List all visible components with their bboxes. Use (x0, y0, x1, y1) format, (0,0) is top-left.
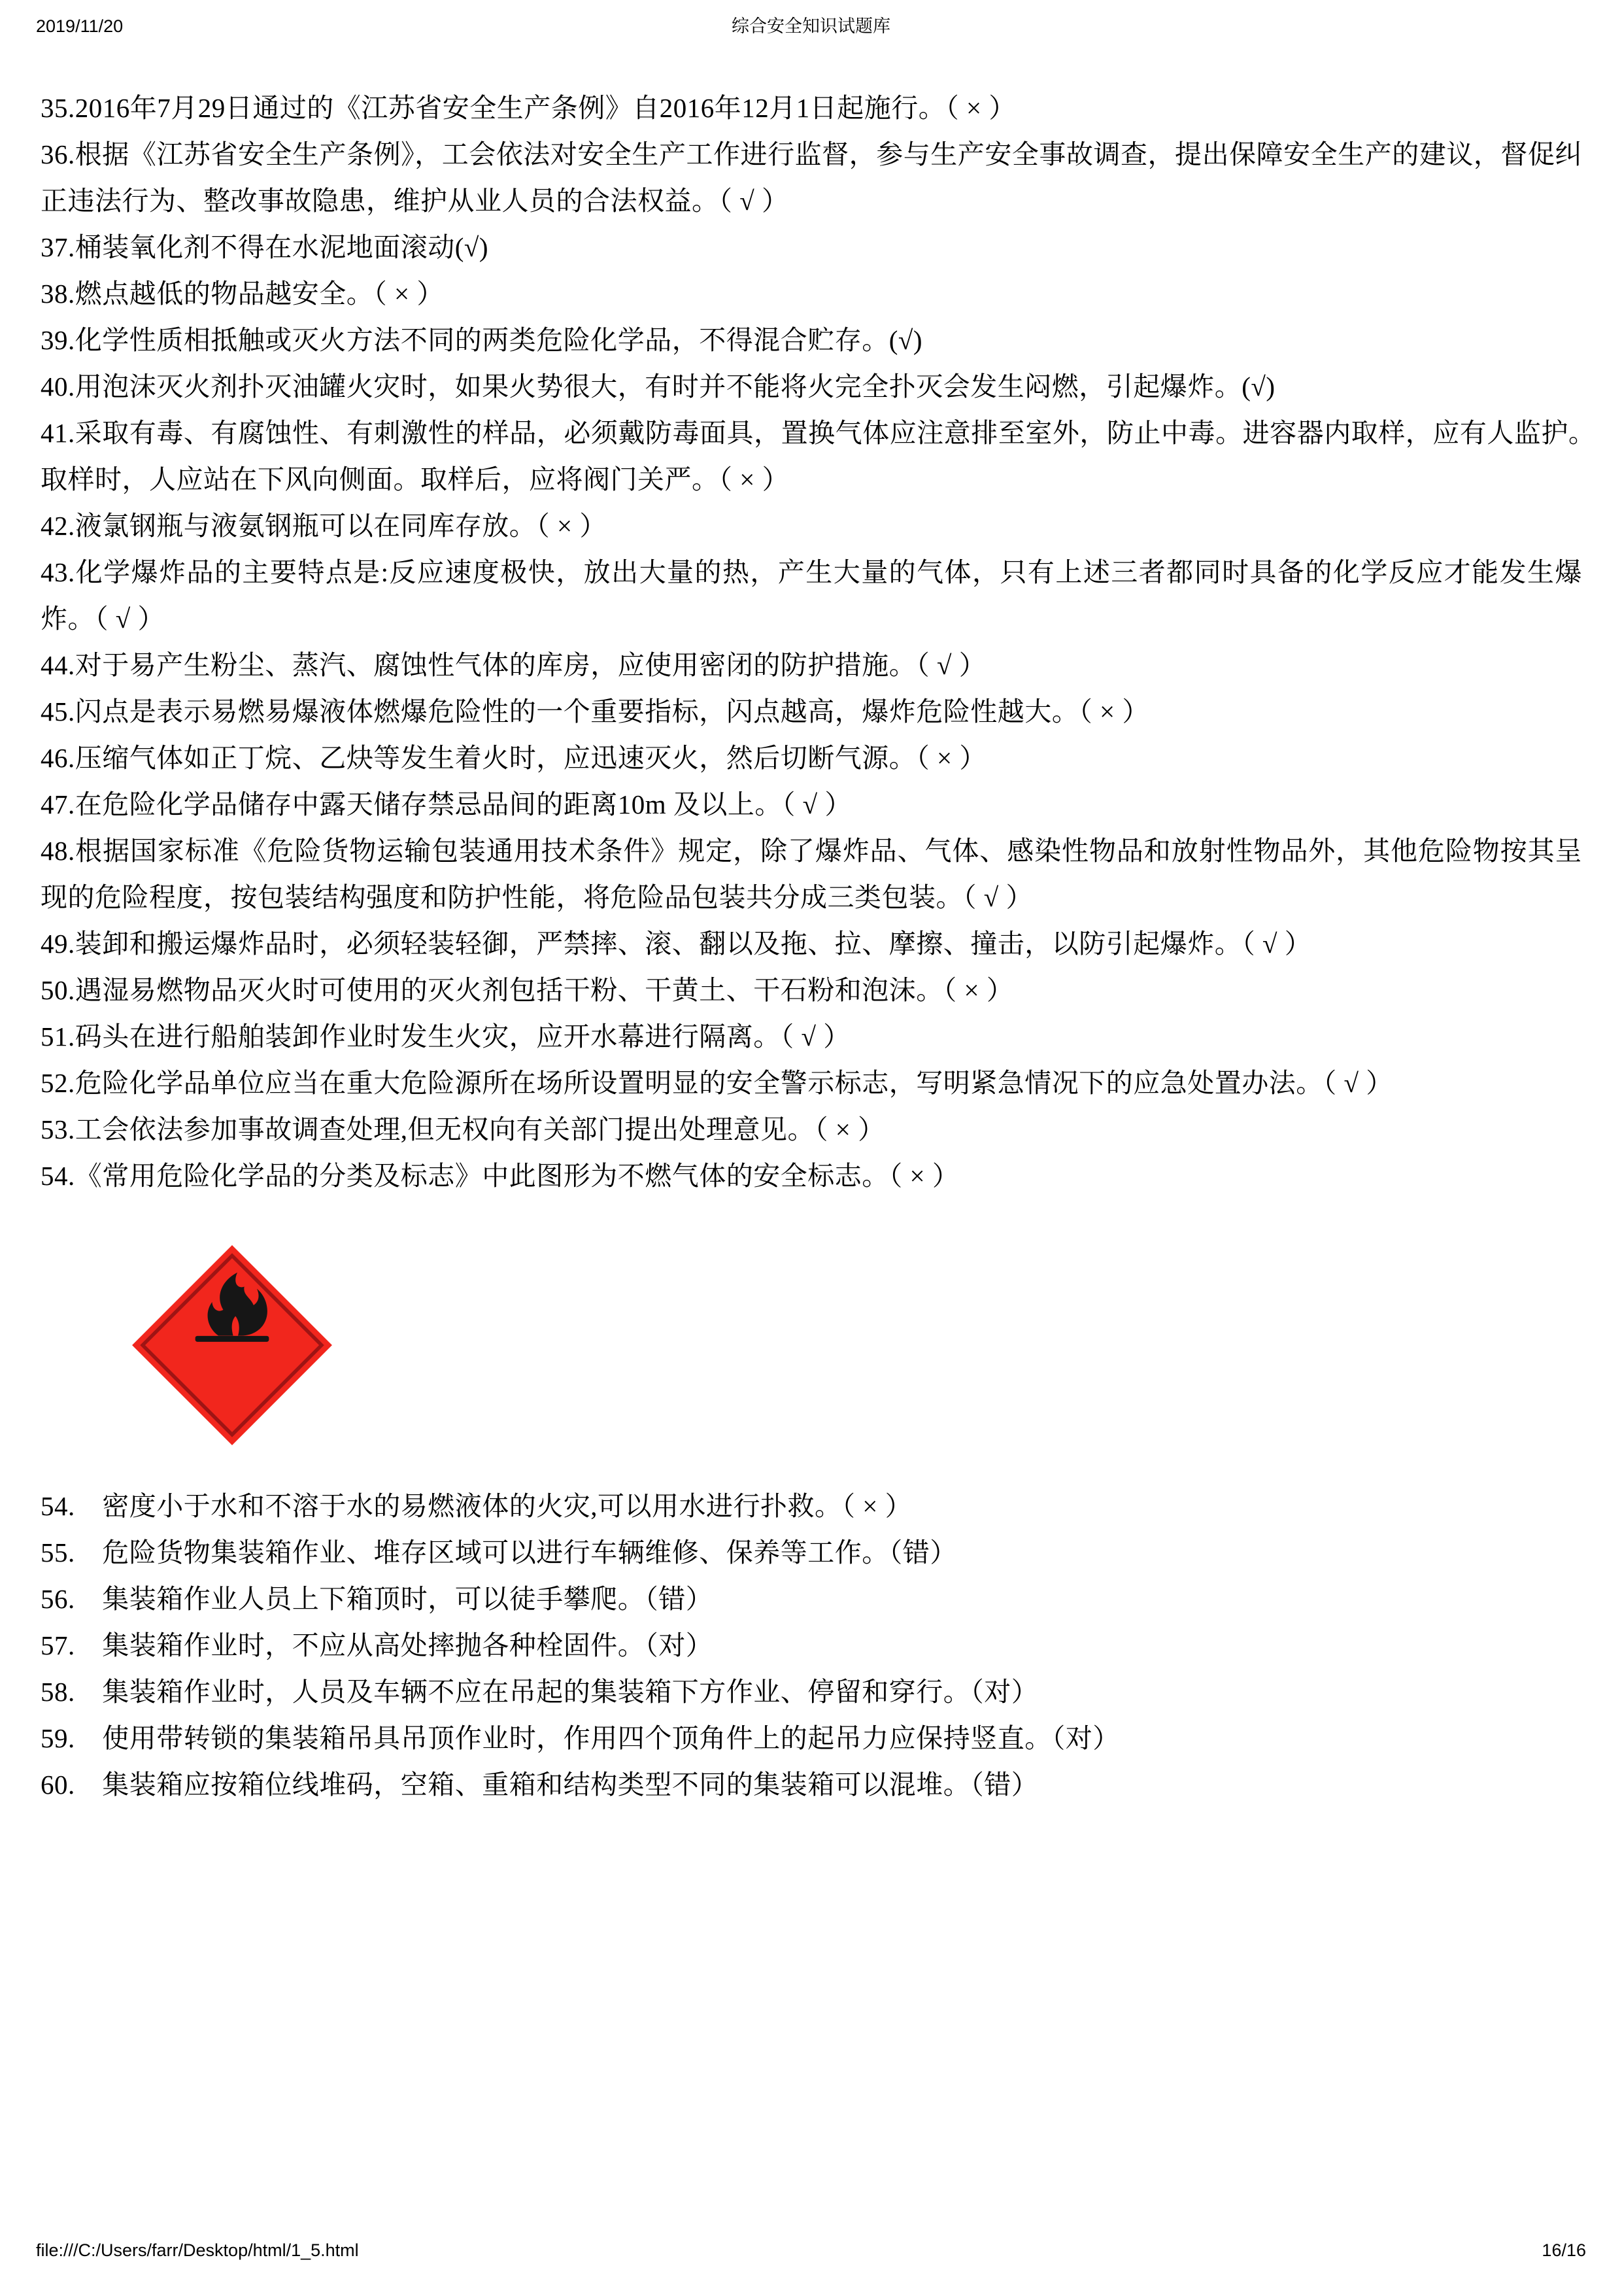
question-55: 55. 危险货物集装箱作业、堆存区域可以进行车辆维修、保养等工作。（错） (41, 1530, 1582, 1576)
page-title: 综合安全知识试题库 (36, 13, 1586, 39)
diamond-fill (132, 1245, 332, 1445)
question-38: 38.燃点越低的物品越安全。（ × ） (41, 271, 1582, 317)
question-35: 35.2016年7月29日通过的《江苏省安全生产条例》自2016年12月1日起施… (41, 85, 1582, 131)
question-42: 42.液氯钢瓶与液氨钢瓶可以在同库存放。（ × ） (41, 503, 1582, 549)
question-52: 52.危险化学品单位应当在重大危险源所在场所设置明显的安全警示标志，写明紧急情况… (41, 1060, 1582, 1106)
question-41: 41.采取有毒、有腐蚀性、有刺激性的样品，必须戴防毒面具，置换气体应注意排至室外… (41, 410, 1582, 503)
question-56: 56. 集装箱作业人员上下箱顶时，可以徒手攀爬。（错） (41, 1576, 1582, 1622)
question-60: 60. 集装箱应按箱位线堆码，空箱、重箱和结构类型不同的集装箱可以混堆。（错） (41, 1762, 1582, 1808)
question-44: 44.对于易产生粉尘、蒸汽、腐蚀性气体的库房，应使用密闭的防护措施。（ √ ） (41, 642, 1582, 689)
question-57: 57. 集装箱作业时，不应从高处摔抛各种栓固件。（对） (41, 1622, 1582, 1669)
question-47: 47.在危险化学品储存中露天储存禁忌品间的距离10m 及以上。（ √ ） (41, 781, 1582, 828)
print-footer: file:///C:/Users/farr/Desktop/html/1_5.h… (36, 2238, 1586, 2262)
question-54-second: 54. 密度小于水和不溶于水的易燃液体的火灾,可以用水进行扑救。（ × ） (41, 1483, 1582, 1530)
question-49: 49.装卸和搬运爆炸品时，必须轻装轻御，严禁摔、滚、翻以及拖、拉、摩擦、撞击，以… (41, 921, 1582, 967)
question-45: 45.闪点是表示易燃易爆液体燃爆危险性的一个重要指标，闪点越高，爆炸危险性越大。… (41, 689, 1582, 735)
question-39: 39.化学性质相抵触或灭火方法不同的两类危险化学品，不得混合贮存。(√) (41, 317, 1582, 364)
page-number: 16/16 (1542, 2238, 1586, 2262)
file-path: file:///C:/Users/farr/Desktop/html/1_5.h… (36, 2238, 359, 2262)
hazard-label-image (121, 1240, 343, 1450)
question-58: 58. 集装箱作业时，人员及车辆不应在吊起的集装箱下方作业、停留和穿行。（对） (41, 1669, 1582, 1715)
printed-document-page: { "header": { "date": "2019/11/20", "tit… (0, 0, 1622, 2296)
question-50: 50.遇湿易燃物品灭火时可使用的灭火剂包括干粉、干黄土、干石粉和泡沫。（ × ） (41, 967, 1582, 1014)
question-40: 40.用泡沫灭火剂扑灭油罐火灾时，如果火势很大，有时并不能将火完全扑灭会发生闷燃… (41, 364, 1582, 410)
question-46: 46.压缩气体如正丁烷、乙炔等发生着火时，应迅速灭火，然后切断气源。（ × ） (41, 735, 1582, 781)
question-36: 36.根据《江苏省安全生产条例》，工会依法对安全生产工作进行监督，参与生产安全事… (41, 131, 1582, 224)
print-header: 2019/11/20 综合安全知识试题库 (36, 13, 1586, 39)
flame-baseline (195, 1336, 269, 1342)
question-51: 51.码头在进行船舶装卸作业时发生火灾，应开水幕进行隔离。（ √ ） (41, 1014, 1582, 1060)
question-48: 48.根据国家标准《危险货物运输包装通用技术条件》规定，除了爆炸品、气体、感染性… (41, 828, 1582, 921)
question-54-first: 54.《常用危险化学品的分类及标志》中此图形为不燃气体的安全标志。（ × ） (41, 1153, 1582, 1199)
question-37: 37.桶装氧化剂不得在水泥地面滚动(√) (41, 224, 1582, 271)
question-59: 59. 使用带转锁的集装箱吊具吊顶作业时，作用四个顶角件上的起吊力应保持竖直。（… (41, 1715, 1582, 1762)
question-43: 43.化学爆炸品的主要特点是:反应速度极快，放出大量的热，产生大量的气体，只有上… (41, 549, 1582, 642)
flammable-hazard-diamond-icon (121, 1240, 343, 1450)
question-53: 53.工会依法参加事故调查处理,但无权向有关部门提出处理意见。（ × ） (41, 1106, 1582, 1153)
question-list: 35.2016年7月29日通过的《江苏省安全生产条例》自2016年12月1日起施… (41, 85, 1582, 1808)
